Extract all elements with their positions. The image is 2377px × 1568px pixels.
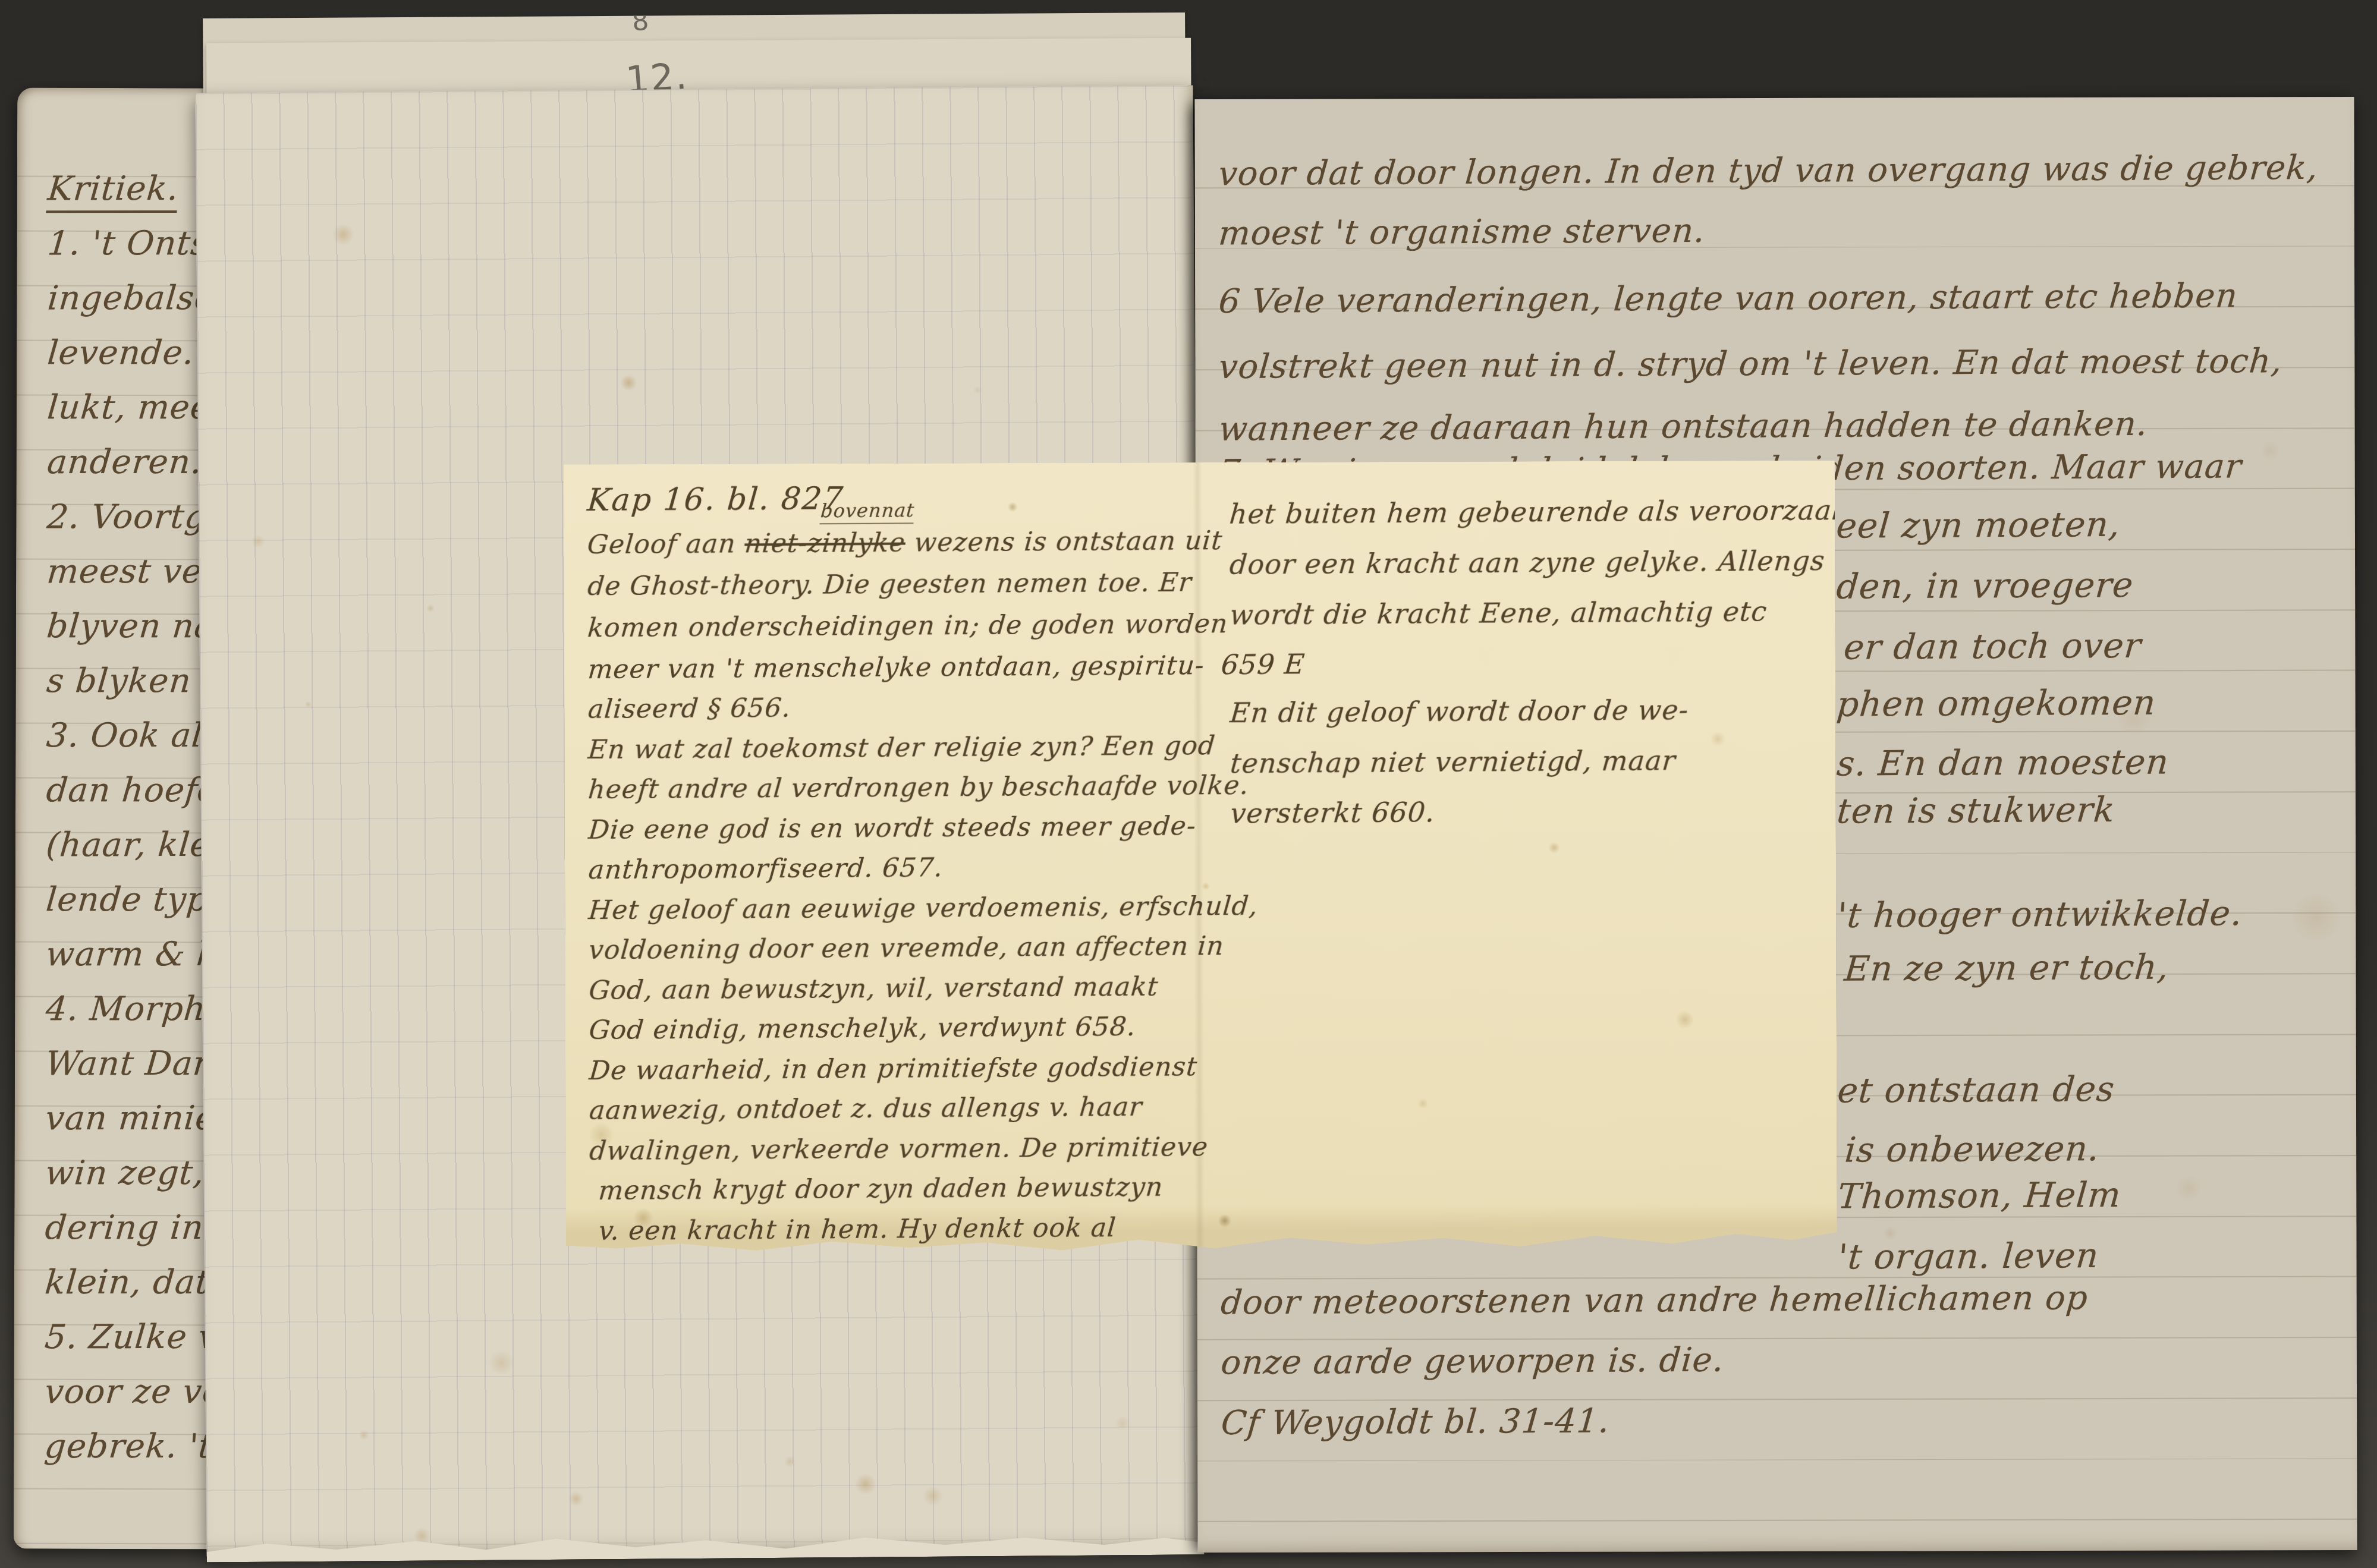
note-inserted-word: bovennat: [819, 499, 915, 524]
right-page-line-fragment: den, in vroegere: [1835, 565, 2135, 607]
right-page-line: wanneer ze daaraan hun ontstaan hadden t…: [1218, 405, 2150, 449]
left-page-line: Want Darw: [44, 1044, 224, 1083]
note-line: het buiten hem gebeurende als veroorzaak…: [1228, 494, 1862, 530]
left-notebook-page: Kritiek.a 1. 't Ontstaan ingebalsemde le…: [14, 88, 224, 1550]
note-line: Het geloof aan eeuwige verdoemenis, erfs…: [587, 891, 1259, 925]
partial-page-number: 8: [631, 12, 651, 37]
right-page-line-fragment: ten is stukwerk: [1835, 789, 2117, 832]
left-page-line: 4. Morpholo: [44, 990, 224, 1028]
left-page-line: blyven naast: [45, 607, 224, 646]
note-line: de Ghost-theory. Die geesten nemen toe. …: [586, 567, 1193, 602]
left-page-line: warm & kou: [45, 935, 225, 974]
right-page-line-fragment: et ontstaan des: [1836, 1069, 2117, 1111]
manuscript-scan: Kritiek.a 1. 't Ontstaan ingebalsemde le…: [0, 0, 2377, 1568]
left-page-line: 5. Zulke ve: [43, 1318, 224, 1356]
note-line: mensch krygt door zyn daden bewustzyn: [598, 1172, 1165, 1206]
right-page-line-fragment: Thomson, Helm: [1836, 1175, 2123, 1217]
page-bottom-edge: [206, 1528, 1204, 1562]
note-line: En dit geloof wordt door de we-: [1229, 694, 1690, 729]
left-page-line: voor ze vo: [43, 1372, 225, 1411]
left-page-line: anderen.: [46, 443, 204, 481]
left-page-line: win zegt, t: [44, 1154, 225, 1192]
note-line: aliseerd § 656.: [587, 693, 792, 725]
right-page-line-fragment: s. En dan moesten: [1835, 742, 2171, 784]
note-line: anthropomorfiseerd. 657.: [587, 852, 944, 885]
note-line: wordt die kracht Eene, almachtig etc: [1228, 595, 1768, 631]
left-page-line: van minie: [44, 1099, 218, 1138]
right-page-line: door meteoorstenen van andre hemellicham…: [1219, 1279, 2090, 1322]
note-line: En wat zal toekomst der religie zyn? Een…: [587, 731, 1216, 765]
note-line: De waarheid, in den primitiefste godsdie…: [588, 1051, 1199, 1086]
note-heading: Kap 16. bl. 827: [586, 481, 845, 518]
note-struck-word: niet-zinlyke: [744, 528, 907, 559]
note-line: tenschap niet vernietigd, maar: [1229, 744, 1677, 779]
pasted-note: Kap 16. bl. 827 bovennat Geloof aan niet…: [564, 461, 1837, 1255]
right-page-line-fragment: 't hooger ontwikkelde.: [1835, 893, 2244, 936]
note-line: aanwezig, ontdoet z. dus allengs v. haar: [588, 1092, 1143, 1126]
left-page-line: (haar, klein: [45, 826, 224, 864]
right-page-line: onze aarde geworpen is. die.: [1219, 1341, 1725, 1383]
right-page-line: Cf Weygoldt bl. 31-41.: [1219, 1402, 1611, 1443]
note-line-pre: Geloof aan: [586, 528, 746, 560]
left-page-line: s blyken daa: [45, 662, 224, 700]
right-page-line-fragment: phen omgekomen: [1835, 682, 2158, 725]
note-line: God eindig, menschelyk, verdwynt 658.: [588, 1012, 1137, 1046]
note-line: heeft andre al verdrongen by beschaafde …: [587, 770, 1250, 805]
left-page-line: dering in e: [43, 1208, 224, 1247]
note-line: komen onderscheidingen in; de goden word…: [587, 609, 1230, 643]
right-page-line: volstrekt geen nut in d. stryd om 't lev…: [1217, 342, 2284, 386]
left-page-line: 2. Voortgezette: [45, 498, 224, 536]
right-page-line-fragment: 't organ. leven: [1837, 1235, 2101, 1277]
left-page-line: dan hoefde d: [45, 771, 224, 810]
left-page-line: lende typen: [45, 880, 224, 919]
note-line: Die eene god is en wordt steeds meer ged…: [587, 811, 1197, 845]
note-line-geloof: Geloof aan niet-zinlyke wezens is ontsta…: [586, 525, 1224, 560]
right-page-line: moest 't organisme sterven.: [1217, 212, 1707, 253]
right-page-line-fragment: is onbewezen.: [1843, 1128, 2101, 1170]
right-page-line-fragment: eel zyn moeten,: [1835, 504, 2122, 546]
right-page-line: 6 Vele veranderingen, lengte van ooren, …: [1217, 276, 2239, 321]
left-page-heading-underlined: Kritiek.: [46, 169, 180, 213]
right-page-line-fragment: En ze zyn er toch,: [1843, 947, 2171, 989]
right-page-line: voor dat door longen. In den tyd van ove…: [1217, 149, 2320, 193]
left-page-line: 3. Ook al w: [45, 716, 224, 755]
note-line: God, aan bewustzyn, wil, verstand maakt: [587, 972, 1159, 1006]
note-line: door een kracht aan zyne gelyke. Allengs: [1228, 544, 1826, 581]
note-line: 659 E: [1220, 648, 1306, 681]
left-page-line: gebrek. 't: [43, 1427, 214, 1466]
right-page-line-fragment: er dan toch over: [1843, 625, 2143, 667]
left-page-line: meest verschi: [45, 552, 224, 591]
left-page-line: klein, dat: [43, 1263, 211, 1302]
note-line: v. een kracht in hem. Hy denkt ook al: [598, 1213, 1117, 1246]
note-line: voldoening door een vreemde, aan affecte…: [587, 931, 1225, 965]
note-line: meer van 't menschelyke ontdaan, gespiri…: [587, 650, 1206, 685]
note-line: versterkt 660.: [1230, 796, 1436, 829]
note-line: dwalingen, verkeerde vormen. De primitie…: [588, 1132, 1209, 1166]
note-line-post: wezens is ontstaan uit: [904, 525, 1224, 558]
